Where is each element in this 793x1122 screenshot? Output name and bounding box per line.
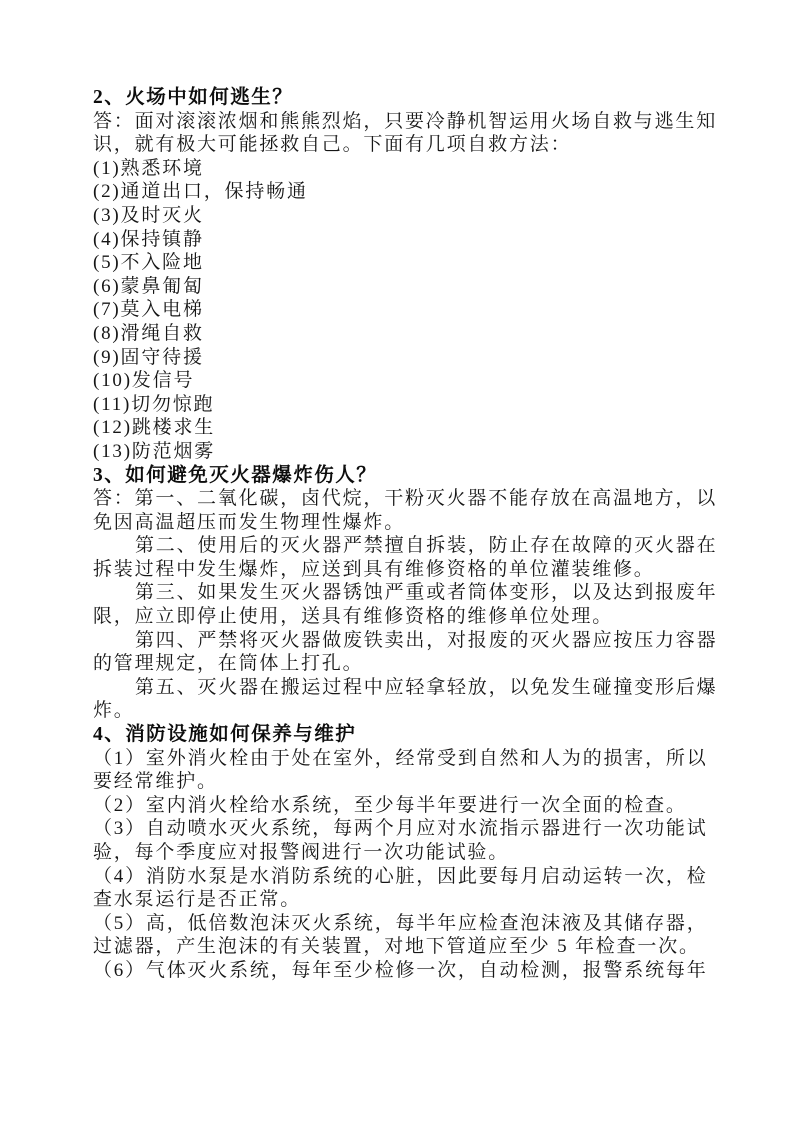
text-line: 要经常维护。: [93, 770, 733, 794]
text-line: （1）室外消火栓由于处在室外，经常受到自然和人为的损害，所以: [93, 747, 733, 771]
text-line: (11)切勿惊跑: [93, 393, 733, 417]
text-line: 的管理规定，在筒体上打孔。: [93, 652, 733, 676]
text-line: 过滤器，产生泡沫的有关装置，对地下管道应至少 5 年检查一次。: [93, 935, 733, 959]
document-section: 2、火场中如何逃生？答：面对滚滚浓烟和熊熊烈焰，只要冷静机智运用火场自救与逃生知…: [93, 86, 733, 464]
text-line: 验，每个季度应对报警阀进行一次功能试验。: [93, 841, 733, 865]
section-heading: 3、如何避免灭火器爆炸伤人？: [93, 464, 733, 488]
document-body: 2、火场中如何逃生？答：面对滚滚浓烟和熊熊烈焰，只要冷静机智运用火场自救与逃生知…: [93, 86, 733, 983]
document-section: 4、消防设施如何保养与维护（1）室外消火栓由于处在室外，经常受到自然和人为的损害…: [93, 723, 733, 983]
text-line: （6）气体灭火系统，每年至少检修一次，自动检测，报警系统每年: [93, 959, 733, 983]
text-line: (8)滑绳自救: [93, 322, 733, 346]
text-line: (10)发信号: [93, 369, 733, 393]
text-line: 答：第一、二氧化碳，卤代烷，干粉灭火器不能存放在高温地方，以: [93, 487, 733, 511]
text-line: (3)及时灭火: [93, 204, 733, 228]
section-heading: 2、火场中如何逃生？: [93, 86, 733, 110]
text-line: 炸。: [93, 699, 733, 723]
text-line: (2)通道出口，保持畅通: [93, 180, 733, 204]
text-line: （2）室内消火栓给水系统，至少每半年要进行一次全面的检查。: [93, 794, 733, 818]
text-line: 限，应立即停止使用，送具有维修资格的维修单位处理。: [93, 605, 733, 629]
text-line: 第三、如果发生灭火器锈蚀严重或者筒体变形，以及达到报废年: [93, 581, 733, 605]
section-heading: 4、消防设施如何保养与维护: [93, 723, 733, 747]
text-line: (9)固守待援: [93, 346, 733, 370]
text-line: 识，就有极大可能拯救自己。下面有几项自救方法：: [93, 133, 733, 157]
text-line: (7)莫入电梯: [93, 298, 733, 322]
text-line: （3）自动喷水灭火系统，每两个月应对水流指示器进行一次功能试: [93, 817, 733, 841]
text-line: (4)保持镇静: [93, 228, 733, 252]
text-line: 免因高温超压而发生物理性爆炸。: [93, 511, 733, 535]
text-line: （5）高，低倍数泡沫灭火系统，每半年应检查泡沫液及其储存器，: [93, 912, 733, 936]
text-line: 拆装过程中发生爆炸，应送到具有维修资格的单位灌装维修。: [93, 558, 733, 582]
text-line: 答：面对滚滚浓烟和熊熊烈焰，只要冷静机智运用火场自救与逃生知: [93, 110, 733, 134]
text-line: (6)蒙鼻匍匐: [93, 275, 733, 299]
text-line: （4）消防水泵是水消防系统的心脏，因此要每月启动运转一次，检: [93, 865, 733, 889]
text-line: (12)跳楼求生: [93, 416, 733, 440]
text-line: 第四、严禁将灭火器做废铁卖出，对报废的灭火器应按压力容器: [93, 629, 733, 653]
text-line: (5)不入险地: [93, 251, 733, 275]
document-section: 3、如何避免灭火器爆炸伤人？答：第一、二氧化碳，卤代烷，干粉灭火器不能存放在高温…: [93, 464, 733, 724]
document-page: 2、火场中如何逃生？答：面对滚滚浓烟和熊熊烈焰，只要冷静机智运用火场自救与逃生知…: [0, 0, 793, 1122]
text-line: (1)熟悉环境: [93, 157, 733, 181]
text-line: 第二、使用后的灭火器严禁擅自拆装，防止存在故障的灭火器在: [93, 534, 733, 558]
text-line: 查水泵运行是否正常。: [93, 888, 733, 912]
text-line: 第五、灭火器在搬运过程中应轻拿轻放，以免发生碰撞变形后爆: [93, 676, 733, 700]
text-line: (13)防范烟雾: [93, 440, 733, 464]
